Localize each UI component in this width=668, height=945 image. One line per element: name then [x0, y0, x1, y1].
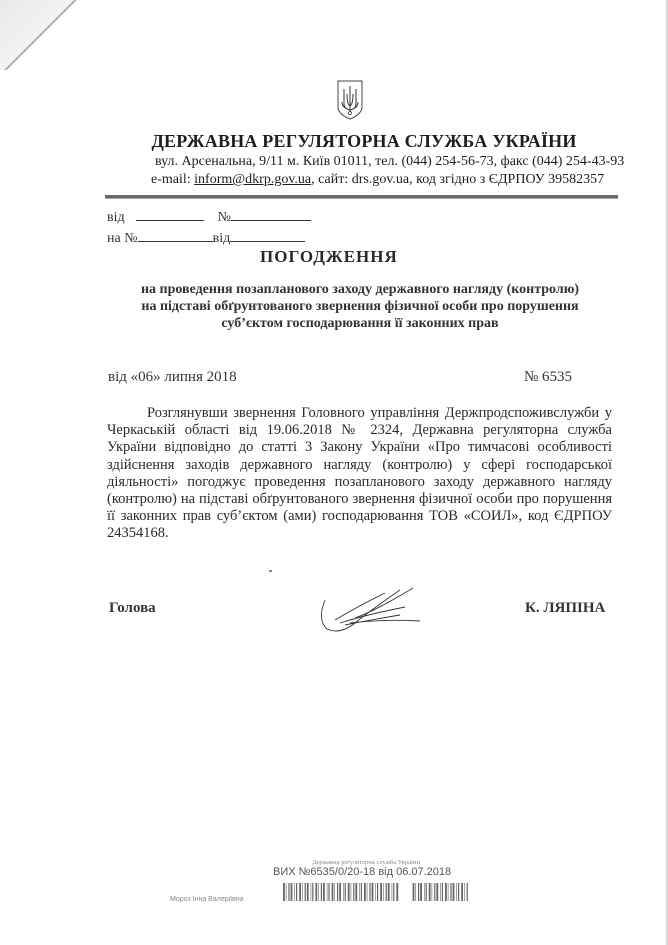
- barcode-icon: [275, 881, 470, 903]
- document-subject: на проведення позапланового заходу держа…: [100, 281, 620, 332]
- document-date: від «06» липня 2018: [108, 369, 237, 386]
- email-link[interactable]: inform@dkrp.gov.ua: [194, 172, 311, 187]
- body-paragraph: Розглянувши звернення Головного управлін…: [107, 405, 612, 543]
- trident-coat-of-arms-icon: [337, 80, 363, 120]
- reply-number-blank: [138, 229, 213, 242]
- scan-speck: [269, 570, 272, 572]
- document-title: ПОГОДЖЕННЯ: [260, 247, 398, 267]
- in-reply-from-label: від: [213, 231, 231, 246]
- signatory-name: К. ЛЯПІНА: [525, 600, 605, 617]
- document-body: Розглянувши звернення Головного управлін…: [107, 405, 612, 543]
- number-blank: [231, 208, 311, 221]
- subject-line: на проведення позапланового заходу держа…: [100, 281, 620, 298]
- organization-address: вул. Арсенальна, 9/11 м. Київ 01011, тел…: [155, 154, 624, 170]
- subject-line: суб’єктом господарювання її законних пра…: [100, 315, 620, 332]
- handwritten-signature-icon: [315, 585, 430, 635]
- document-number: № 6535: [524, 369, 572, 386]
- reply-reference-row: на №від: [107, 229, 305, 247]
- site-and-code: , сайт: drs.gov.ua, код згідно з ЄДРПОУ …: [311, 172, 604, 187]
- outgoing-reference-row: від №: [107, 208, 311, 226]
- executor-name: Мороз Інна Валеріївна: [170, 896, 244, 903]
- organization-name: ДЕРЖАВНА РЕГУЛЯТОРНА СЛУЖБА УКРАЇНИ: [0, 131, 668, 152]
- subject-line: на підставі обґрунтованого звернення фіз…: [100, 298, 620, 315]
- outgoing-registration-number: ВИХ №6535/0/20-18 від 06.07.2018: [273, 866, 451, 878]
- date-blank: [136, 208, 204, 221]
- folded-page-corner: [0, 0, 80, 70]
- letterhead-divider: [105, 195, 618, 199]
- organization-contacts: e-mail: inform@dkrp.gov.ua, сайт: drs.go…: [151, 172, 604, 188]
- email-label: e-mail:: [151, 172, 194, 187]
- signatory-role: Голова: [109, 600, 156, 617]
- reply-date-blank: [230, 229, 305, 242]
- in-reply-label: на №: [107, 231, 138, 246]
- number-label: №: [218, 210, 231, 225]
- from-label: від: [107, 210, 125, 225]
- stamp-organization: Державна регуляторна служба України: [312, 859, 420, 866]
